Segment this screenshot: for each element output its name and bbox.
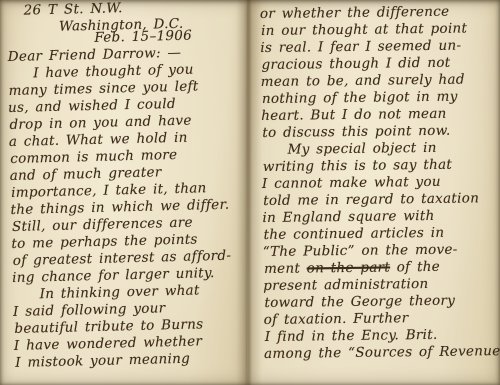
- letter-line: in our thought at that point: [261, 20, 495, 40]
- letter-line: I find in the Ency. Brit.: [265, 326, 499, 346]
- letter-line: told me in regard to taxation: [263, 190, 497, 210]
- letter-line: nothing of the bigot in my: [262, 88, 496, 108]
- letter-line: toward the George theory: [264, 292, 498, 312]
- letter-text: ment: [264, 260, 307, 277]
- left-page-text: 26 T St. N.W.Washington, D.C.Feb. 15–190…: [5, 0, 246, 372]
- right-page-text: or whether the differencein our thought …: [260, 3, 498, 363]
- letter-scan: 26 T St. N.W.Washington, D.C.Feb. 15–190…: [0, 0, 500, 385]
- letter-line: ment on the part of the: [264, 258, 498, 278]
- letter-line: the continued articles in: [264, 224, 498, 244]
- letter-line: writing this is to say that: [263, 156, 497, 176]
- struck-text: on the part: [307, 259, 391, 276]
- letter-line: gracious though I did not: [261, 54, 495, 74]
- letter-line: among the “Sources of Revenue”: [264, 343, 498, 363]
- letter-line: to discuss this point now.: [262, 122, 496, 142]
- letter-text: of the: [390, 259, 440, 276]
